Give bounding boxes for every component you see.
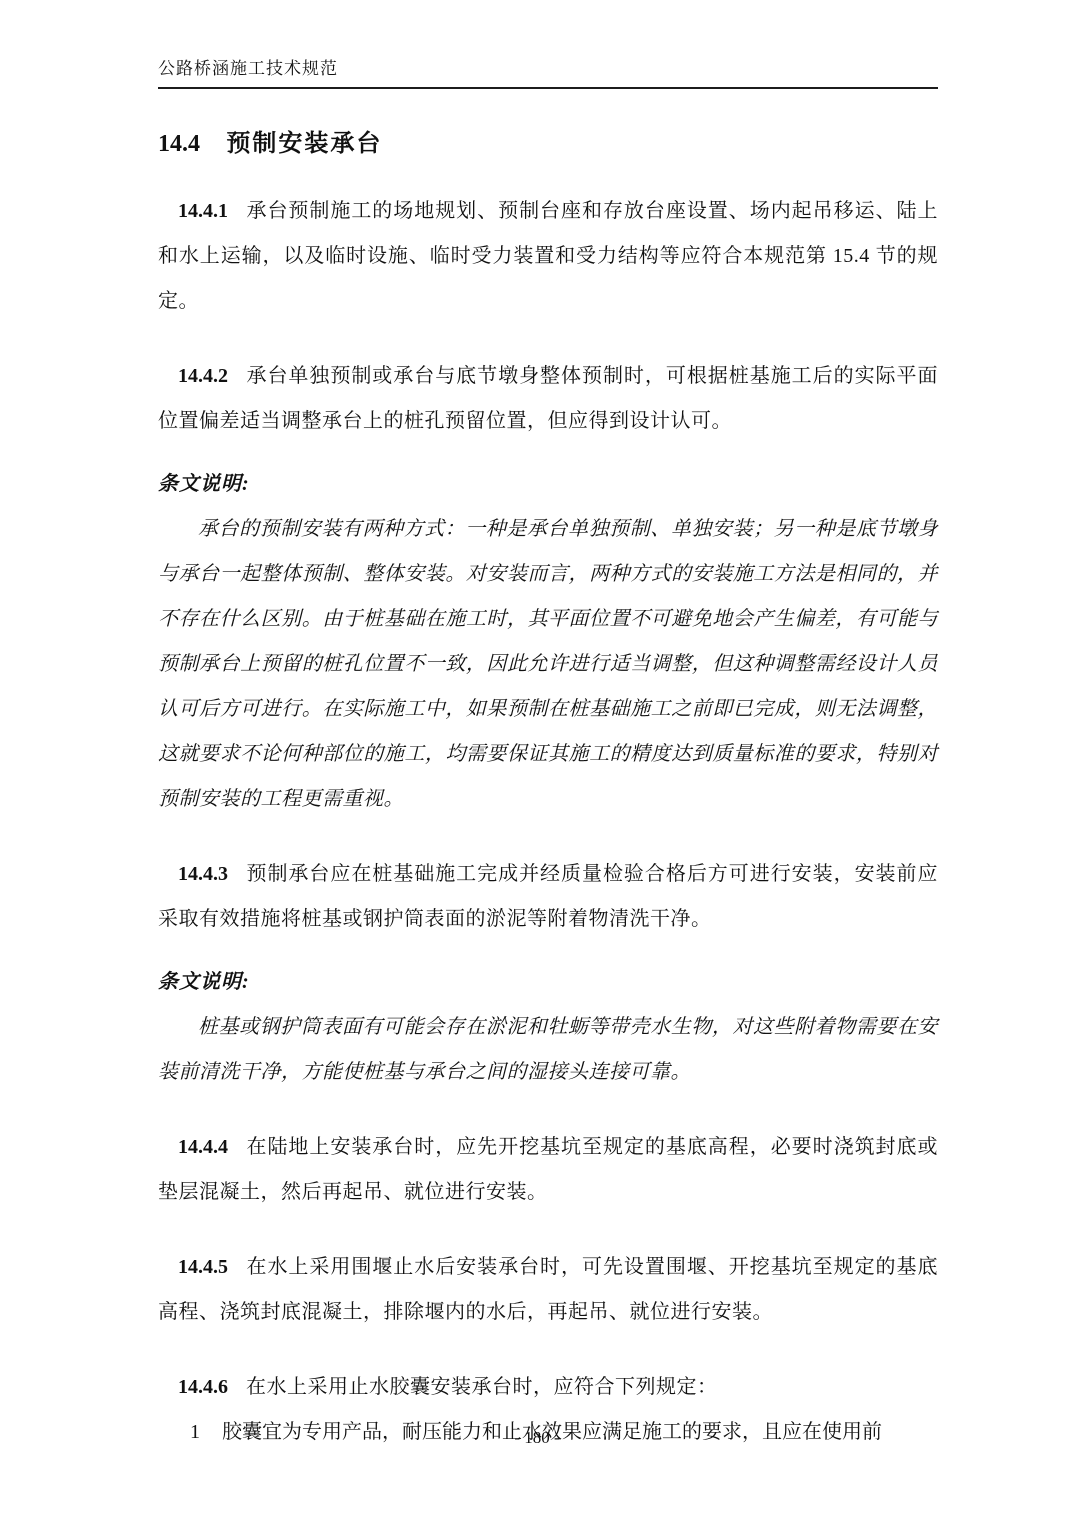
clause-text: 在水上采用止水胶囊安装承台时，应符合下列规定： [246, 1376, 718, 1398]
clause-14-4-6: 14.4.6在水上采用止水胶囊安装承台时，应符合下列规定： [158, 1365, 938, 1410]
commentary-label: 条文说明: [158, 462, 938, 507]
clause-14-4-5: 14.4.5在水上采用围堰止水后安装承台时，可先设置围堰、开挖基坑至规定的基底高… [158, 1245, 938, 1335]
commentary-label: 条文说明: [158, 960, 938, 1005]
clause-14-4-2: 14.4.2承台单独预制或承台与底节墩身整体预制时，可根据桩基施工后的实际平面位… [158, 354, 938, 444]
clause-14-4-4: 14.4.4在陆地上安装承台时，应先开挖基坑至规定的基底高程，必要时浇筑封底或垫… [158, 1125, 938, 1215]
clause-14-4-3: 14.4.3预制承台应在桩基础施工完成并经质量检验合格后方可进行安装，安装前应采… [158, 852, 938, 942]
section-title-text: 预制安装承台 [226, 130, 382, 157]
running-header: 公路桥涵施工技术规范 [158, 58, 938, 89]
commentary-paragraph: 承台的预制安装有两种方式：一种是承台单独预制、单独安装；另一种是底节墩身与承台一… [158, 507, 938, 822]
clause-text: 承台预制施工的场地规划、预制台座和存放台座设置、场内起吊移运、陆上和水上运输，以… [158, 200, 938, 312]
section-number: 14.4 [158, 131, 200, 157]
clause-number: 14.4.5 [178, 1256, 228, 1278]
page-number: - 180 - [0, 1428, 1074, 1448]
document-page: 公路桥涵施工技术规范 14.4预制安装承台 14.4.1承台预制施工的场地规划、… [0, 0, 1074, 1520]
clause-text: 承台单独预制或承台与底节墩身整体预制时，可根据桩基施工后的实际平面位置偏差适当调… [158, 365, 938, 432]
section-title: 14.4预制安装承台 [158, 129, 938, 159]
clause-text: 预制承台应在桩基础施工完成并经质量检验合格后方可进行安装，安装前应采取有效措施将… [158, 863, 938, 930]
clause-number: 14.4.1 [178, 200, 228, 222]
clause-number: 14.4.3 [178, 863, 228, 885]
clause-text: 在水上采用围堰止水后安装承台时，可先设置围堰、开挖基坑至规定的基底高程、浇筑封底… [158, 1256, 938, 1323]
commentary-paragraph: 桩基或钢护筒表面有可能会存在淤泥和牡蛎等带壳水生物，对这些附着物需要在安装前清洗… [158, 1005, 938, 1095]
clause-number: 14.4.6 [178, 1376, 228, 1398]
clause-14-4-1: 14.4.1承台预制施工的场地规划、预制台座和存放台座设置、场内起吊移运、陆上和… [158, 189, 938, 324]
clause-text: 在陆地上安装承台时，应先开挖基坑至规定的基底高程，必要时浇筑封底或垫层混凝土，然… [158, 1136, 938, 1203]
clause-number: 14.4.4 [178, 1136, 228, 1158]
clause-number: 14.4.2 [178, 365, 228, 387]
